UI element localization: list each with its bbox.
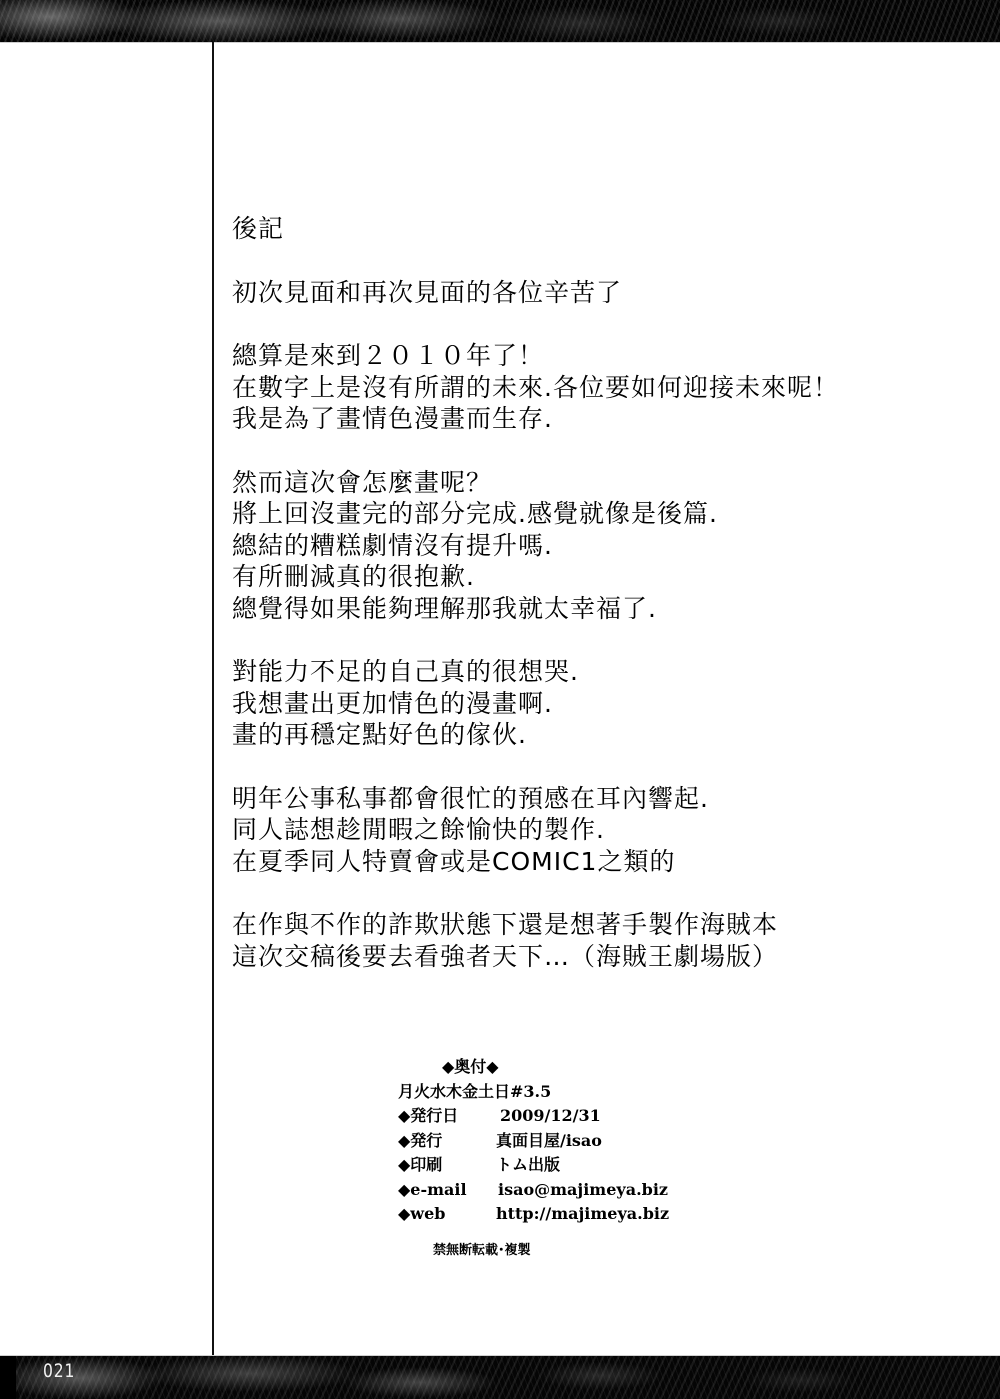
afterword-heading: 後記 (232, 213, 839, 245)
colophon-row-publish-date: ◆発行日 2009/12/31 (398, 1104, 669, 1129)
colophon-title: ◆奥付◆ (398, 1055, 669, 1080)
afterword-heading-block: 後記 (232, 213, 839, 245)
page-number: 021 (43, 1360, 75, 1382)
text-line: 總算是來到２０１０年了！ (232, 340, 839, 372)
text-line: 同人誌想趁閒暇之餘愉快的製作. (232, 814, 839, 846)
top-decorative-band (0, 0, 1000, 43)
text-line: 在夏季同人特賣會或是COMIC1之類的 (232, 846, 839, 878)
colophon-key: ◆印刷 (398, 1153, 496, 1178)
colophon-value: 2009/12/31 (500, 1104, 601, 1129)
colophon-row-printer: ◆印刷 トム出版 (398, 1153, 669, 1178)
colophon-row-publisher: ◆発行 真面目屋/isao (398, 1129, 669, 1154)
text-line: 這次交稿後要去看強者天下…（海賊王劇場版） (232, 941, 839, 973)
band-left-strip (0, 1356, 16, 1399)
text-line: 明年公事私事都會很忙的預感在耳內響起. (232, 783, 839, 815)
afterword-paragraph: 在作與不作的詐欺狀態下還是想著手製作海賊本 這次交稿後要去看強者天下…（海賊王劇… (232, 909, 839, 972)
margin-rule-line (212, 42, 214, 1355)
copyright-notice: 禁無断転載･複製 (398, 1239, 669, 1264)
afterword-paragraph: 然而這次會怎麼畫呢？ 將上回沒畫完的部分完成.感覺就像是後篇. 總結的糟糕劇情沒… (232, 467, 839, 625)
colophon-key: ◆e-mail (398, 1178, 498, 1203)
email-link[interactable]: isao@majimeya.biz (498, 1178, 668, 1203)
website-link[interactable]: http://majimeya.biz (496, 1202, 669, 1227)
book-title: 月火水木金土日#3.5 (398, 1080, 669, 1105)
colophon-row-email: ◆e-mail isao@majimeya.biz (398, 1178, 669, 1203)
text-line: 有所刪減真的很抱歉. (232, 561, 839, 593)
colophon-value: トム出版 (496, 1153, 560, 1178)
afterword-paragraph: 總算是來到２０１０年了！ 在數字上是沒有所謂的未來.各位要如何迎接未來呢！ 我是… (232, 340, 839, 435)
colophon-key: ◆発行 (398, 1129, 496, 1154)
text-line: 初次見面和再次見面的各位辛苦了 (232, 277, 839, 309)
colophon-value: 真面目屋/isao (496, 1129, 602, 1154)
afterword-paragraph: 對能力不足的自己真的很想哭. 我想畫出更加情色的漫畫啊. 畫的再穩定點好色的傢伙… (232, 656, 839, 751)
colophon-key: ◆web (398, 1202, 496, 1227)
afterword-section: 後記 初次見面和再次見面的各位辛苦了 總算是來到２０１０年了！ 在數字上是沒有所… (232, 213, 839, 1004)
text-line: 將上回沒畫完的部分完成.感覺就像是後篇. (232, 498, 839, 530)
colophon-row-web: ◆web http://majimeya.biz (398, 1202, 669, 1227)
text-line: 我是為了畫情色漫畫而生存. (232, 403, 839, 435)
afterword-paragraph: 初次見面和再次見面的各位辛苦了 (232, 277, 839, 309)
bottom-decorative-band: 021 (0, 1355, 1000, 1399)
text-line: 在數字上是沒有所謂的未來.各位要如何迎接未來呢！ (232, 372, 839, 404)
text-line: 總結的糟糕劇情沒有提升嗎. (232, 530, 839, 562)
colophon-key: ◆発行日 (398, 1104, 500, 1129)
text-line: 總覺得如果能夠理解那我就太幸福了. (232, 593, 839, 625)
text-line: 然而這次會怎麼畫呢？ (232, 467, 839, 499)
afterword-paragraph: 明年公事私事都會很忙的預感在耳內響起. 同人誌想趁閒暇之餘愉快的製作. 在夏季同… (232, 783, 839, 878)
text-line: 對能力不足的自己真的很想哭. (232, 656, 839, 688)
text-line: 在作與不作的詐欺狀態下還是想著手製作海賊本 (232, 909, 839, 941)
text-line: 畫的再穩定點好色的傢伙. (232, 719, 839, 751)
colophon: ◆奥付◆ 月火水木金土日#3.5 ◆発行日 2009/12/31 ◆発行 真面目… (398, 1055, 669, 1263)
text-line: 我想畫出更加情色的漫畫啊. (232, 688, 839, 720)
